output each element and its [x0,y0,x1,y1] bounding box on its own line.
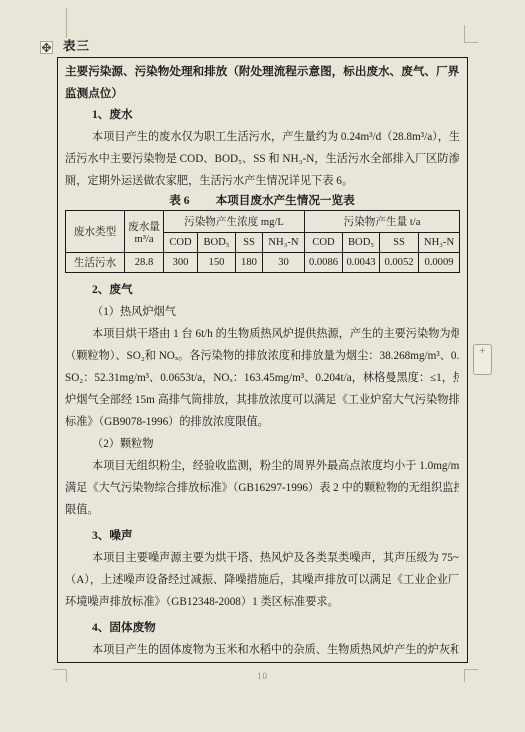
word-document-page: { "page": { "number": "10" }, "controls"… [0,0,525,732]
paragraph-line: 活污水中主要污染物是 COD、BOD₅、SS 和 NH₃-N，生活污水全部排入厂… [65,148,459,170]
paragraph-line: 本项目烘干塔由 1 台 6t/h 的生物质热风炉提供热源，产生的主要污染物为烟尘 [65,323,459,345]
col-header-ss: SS [380,233,419,253]
form-section-box: 主要污染源、污染物处理和排放（附处理流程示意图，标出废水、废气、厂界噪声 监测点… [57,57,468,663]
col-header-bod: BOD₅ [198,233,236,253]
paragraph-line: 标准》（GB9078-1996）的排放浓度限值。 [65,411,459,433]
paragraph-line: 厕，定期外运送做农家肥，生活污水产生情况详见下表 6。 [65,170,459,192]
col-header-volume: 废水量 m³/a [125,211,164,253]
paragraph-line: SO₂：52.31mg/m³、0.0653t/a，NOₓ：163.45mg/m³… [65,367,459,389]
paragraph-line: 环境噪声排放标准》（GB12348-2008）1 类区标准要求。 [65,591,459,613]
move-cross-icon [42,43,51,52]
paragraph-line: （颗粒物）、SO₂和 NOₓ。各污染物的排放浓度和排放量为烟尘：38.268mg… [65,345,459,367]
paragraph-line: 炉烟气全部经 15m 高排气筒排放，其排放浓度可以满足《工业炉窑大气污染物排放 [65,389,459,411]
paragraph-line: （A），上述噪声设备经过减振、降噪措施后，其噪声排放可以满足《工业企业厂界 [65,569,459,591]
paragraph-line: 本项目无组织粉尘，经验收监测，粉尘的周界外最高点浓度均小于 1.0mg/m³， [65,455,459,477]
cell-type: 生活污水 [66,253,125,273]
col-header-ss: SS [236,233,263,253]
cell-conc-bod: 150 [198,253,236,273]
cell-amt-cod: 0.0086 [305,253,343,273]
group-header-concentration: 污染物产生浓度 mg/L [164,211,305,233]
cell-conc-ss: 180 [236,253,263,273]
paragraph-line: 限值。 [65,499,459,521]
section-heading-gas: 2、废气 [65,279,459,301]
table-row: 生活污水 28.8 300 150 180 30 0.0086 0.0043 0… [66,253,460,273]
section-table-label: 表三 [63,36,90,54]
page-number: 10 [57,671,468,681]
section-heading-wastewater: 1、废水 [65,104,459,126]
plus-icon: + [479,345,485,357]
paragraph-line: 本项目主要噪声源主要为烘干塔、热风炉及各类泵类噪声，其声压级为 75~85dB [65,547,459,569]
col-header-nh3n: NH₃-N [263,233,305,253]
paragraph-line: 本项目产生的固体废物为玉米和水稻中的杂质、生物质热风炉产生的炉灰和生 [65,639,459,661]
cell-amt-bod: 0.0043 [343,253,380,273]
table6-caption: 表 6 本项目废水产生情况一览表 [65,192,459,209]
paragraph-line: 本项目产生的废水仅为职工生活污水，产生量约为 0.24m³/d（28.8m³/a… [65,126,459,148]
cell-amt-nh3n: 0.0009 [419,253,460,273]
cell-volume: 28.8 [125,253,164,273]
volume-label: 废水量 [128,222,160,233]
crop-mark-top-right [464,25,478,43]
wastewater-table: 废水类型 废水量 m³/a 污染物产生浓度 mg/L 污染物产生量 t/a CO… [65,210,460,273]
col-header-cod: COD [164,233,198,253]
cell-amt-ss: 0.0052 [380,253,419,273]
table-move-handle[interactable] [40,41,53,54]
expand-plus-button[interactable]: + [473,344,492,375]
section-heading-noise: 3、噪声 [65,525,459,547]
subsection-heading-particulates: （2）颗粒物 [65,433,459,455]
col-header-wastewater-type: 废水类型 [66,211,125,253]
volume-unit: m³/a [134,234,153,245]
col-header-bod: BOD₅ [343,233,380,253]
cell-conc-nh3n: 30 [263,253,305,273]
section-heading-solid-waste: 4、固体废物 [65,617,459,639]
col-header-nh3n: NH₃-N [419,233,460,253]
group-header-amount: 污染物产生量 t/a [305,211,460,233]
table6-caption-text: 本项目废水产生情况一览表 [216,192,355,209]
table6-caption-label: 表 6 [169,192,189,209]
crop-mark-top-left [66,8,67,38]
box-title-line: 主要污染源、污染物处理和排放（附处理流程示意图，标出废水、废气、厂界噪声 [65,61,459,83]
subsection-heading-furnace-gas: （1）热风炉烟气 [65,301,459,323]
paragraph-line: 满足《大气污染物综合排放标准》（GB16297-1996）表 2 中的颗粒物的无… [65,477,459,499]
cell-conc-cod: 300 [164,253,198,273]
box-title-line: 监测点位） [65,83,459,105]
col-header-cod: COD [305,233,343,253]
